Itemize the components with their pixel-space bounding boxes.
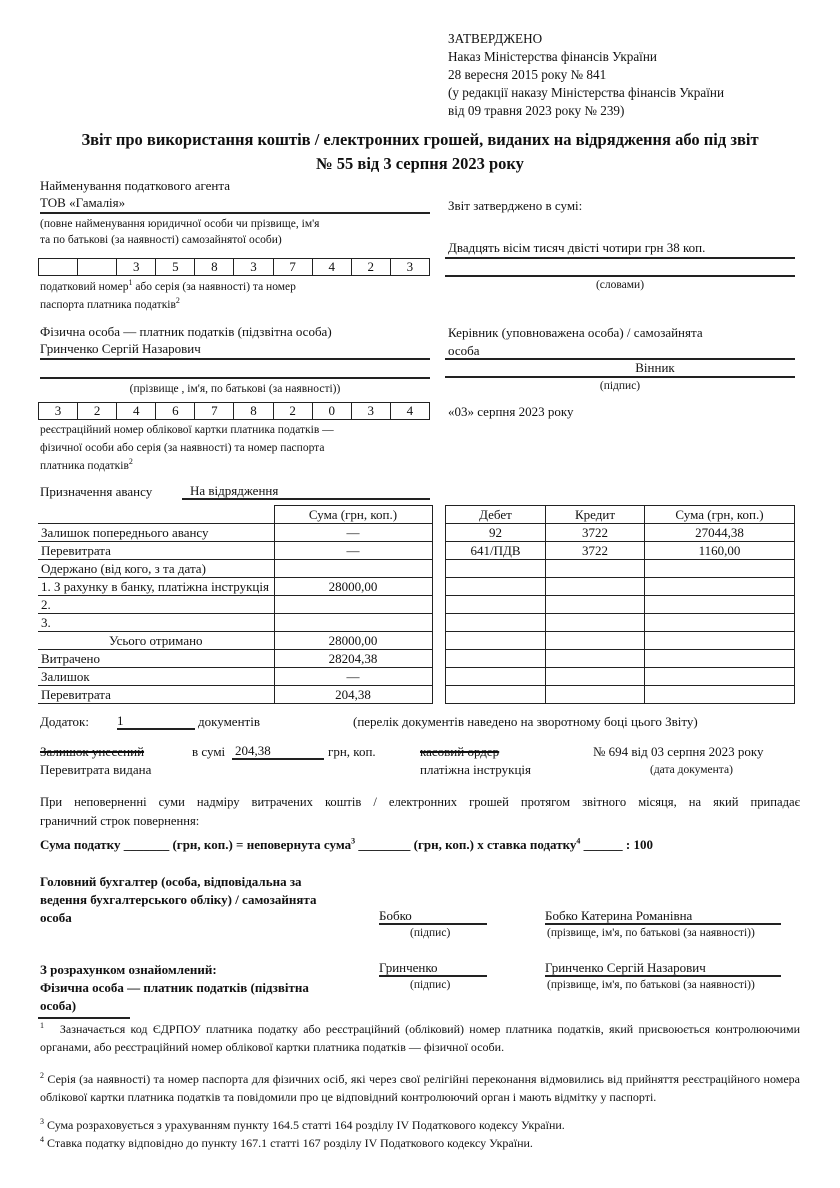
credit-cell[interactable] — [546, 650, 645, 668]
attachment-count-field[interactable]: 1 — [117, 713, 195, 730]
table-row: Одержано (від кого, з та дата) — [38, 560, 432, 578]
hint-line: реєстраційний номер облікової картки пла… — [40, 421, 334, 439]
digit-cell[interactable]: 0 — [312, 403, 351, 419]
label-line: Фізична особа — платник податків (підзві… — [40, 979, 360, 997]
name-hint: (прізвище, ім'я, по батькові (за наявнос… — [547, 926, 755, 941]
table-row: Перевитрата— — [38, 542, 432, 560]
footnote-2: 2 Серія (за наявності) та номер паспорта… — [40, 1070, 800, 1106]
digit-cell[interactable]: 7 — [273, 259, 312, 275]
agent-hint: (повне найменування юридичної особи чи п… — [40, 216, 430, 248]
digit-cell[interactable]: 8 — [194, 259, 233, 275]
debit-cell[interactable]: 641/ПДВ — [446, 542, 546, 560]
approval-line: (у редакції наказу Міністерства фінансів… — [448, 84, 724, 102]
row-label: Перевитрата — [38, 542, 274, 560]
person-name-line2[interactable] — [40, 360, 430, 379]
row-value[interactable]: 204,38 — [274, 686, 432, 704]
person-signature-field[interactable]: Гринченко — [379, 960, 487, 977]
document-title: Звіт про використання коштів / електронн… — [30, 128, 810, 176]
accountant-signature: Бобко — [379, 908, 412, 923]
struck-cash-order: касовий ордер — [420, 744, 499, 761]
payment-instruction-label: платіжна інструкція — [420, 762, 531, 779]
table-row: Залишок попереднього авансу— — [38, 524, 432, 542]
label-line: Головний бухгалтер (особа, відповідальна… — [40, 873, 360, 891]
struck-remainder-deposited: Залишок унесений — [40, 744, 144, 761]
table-row: 92372227044,38 — [446, 524, 795, 542]
table-row — [446, 632, 795, 650]
accountant-signature-field[interactable]: Бобко — [379, 908, 487, 925]
person-name-field[interactable]: Гринченко Сергій Назарович — [40, 341, 430, 360]
row-value[interactable]: 28204,38 — [274, 650, 432, 668]
column-header-sum: Сума (грн, коп.) — [645, 506, 795, 524]
credit-cell[interactable]: 3722 — [546, 542, 645, 560]
row-label: Одержано (від кого, з та дата) — [38, 560, 274, 578]
person-label: Фізична особа — платник податків (підзві… — [40, 324, 430, 341]
row-value[interactable] — [274, 614, 432, 632]
row-label: 3. — [38, 614, 274, 632]
formula-text: Сума податку _______ (грн, коп.) = непов… — [40, 837, 351, 852]
approved-sum-words-field[interactable]: Двадцять вісім тисяч двісті чотири грн 3… — [445, 240, 795, 259]
title-line-1: Звіт про використання коштів / електронн… — [30, 128, 810, 152]
table-header-row: Сума (грн, коп.) — [38, 506, 432, 524]
formula-text: ______ : 100 — [580, 837, 653, 852]
hint-text: паспорта платника податків — [40, 299, 176, 311]
accountant-name-field[interactable]: Бобко Катерина Романівна — [545, 908, 781, 925]
payment-sum-field[interactable]: 204,38 — [232, 743, 324, 760]
person-section: Фізична особа — платник податків (підзві… — [40, 324, 430, 397]
person-signature: Гринченко — [379, 960, 438, 975]
debit-cell[interactable] — [446, 578, 546, 596]
sum-cell[interactable] — [645, 578, 795, 596]
attachment-docs: документів — [198, 714, 260, 731]
manager-signature-field[interactable]: Вінник — [445, 360, 795, 378]
digit-cell[interactable]: 4 — [390, 403, 429, 419]
digit-cell[interactable]: 8 — [233, 403, 272, 419]
attachment-note: (перелік документів наведено на зворотно… — [353, 714, 698, 731]
approved-sum-words: Двадцять вісім тисяч двісті чотири грн 3… — [445, 240, 705, 255]
attachment-count: 1 — [117, 713, 124, 728]
debit-cell[interactable] — [446, 560, 546, 578]
hint-text: або серія (за наявності) та номер — [132, 281, 295, 293]
row-label: 2. — [38, 596, 274, 614]
table-row: Витрачено28204,38 — [38, 650, 432, 668]
table-row: 641/ПДВ37221160,00 — [446, 542, 795, 560]
advance-label: Призначення авансу — [40, 484, 152, 501]
person-name-hint: (прізвище , ім'я, по батькові (за наявно… — [40, 382, 430, 397]
footnote-text: Сума розраховується з урахуванням пункту… — [47, 1118, 565, 1132]
debit-cell[interactable] — [446, 596, 546, 614]
sum-cell[interactable]: 1160,00 — [645, 542, 795, 560]
credit-cell[interactable] — [546, 614, 645, 632]
signature-hint: (підпис) — [410, 926, 450, 941]
row-value[interactable]: — — [274, 542, 432, 560]
digit-cell[interactable]: 3 — [233, 259, 272, 275]
column-header-debit: Дебет — [446, 506, 546, 524]
table-row: 1. З рахунку в банку, платіжна інструкці… — [38, 578, 432, 596]
formula-text: ________ (грн, коп.) х ставка податку — [355, 837, 576, 852]
document-date-hint: (дата документа) — [650, 763, 733, 778]
table-row: 2. — [38, 596, 432, 614]
debit-cell[interactable] — [446, 668, 546, 686]
person-fullname-field[interactable]: Гринченко Сергій Назарович — [545, 960, 781, 977]
digit-cell[interactable] — [39, 259, 77, 275]
advance-summary-table: Сума (грн, коп.) Залишок попереднього ав… — [38, 505, 433, 704]
credit-cell[interactable] — [546, 668, 645, 686]
hint-line: фізичної особи або серія (за наявності) … — [40, 439, 334, 457]
digit-cell[interactable]: 3 — [390, 259, 429, 275]
digit-cell[interactable]: 3 — [116, 259, 155, 275]
digit-cell[interactable]: 7 — [194, 403, 233, 419]
label-line: особа — [40, 909, 360, 927]
tax-number-hint: податковий номер1 або серія (за наявност… — [40, 278, 296, 314]
approved-sum-words-line2[interactable] — [445, 260, 795, 277]
footnote-separator — [38, 1017, 130, 1019]
sum-cell[interactable] — [645, 596, 795, 614]
row-label: Перевитрата — [38, 686, 274, 704]
footnote-1: 1 Зазначається код ЄДРПОУ платника подат… — [40, 1020, 800, 1056]
footnote-number: 1 — [40, 1021, 44, 1030]
hint-line: та по батькові (за наявності) самозайнят… — [40, 232, 430, 248]
paragraph-line: При неповерненні суми надміру витрачених… — [40, 793, 800, 812]
accounting-entries-table: Дебет Кредит Сума (грн, коп.) 9237222704… — [445, 505, 795, 704]
digit-cell[interactable]: 2 — [351, 259, 390, 275]
table-row — [446, 614, 795, 632]
footnote-text: Зазначається код ЄДРПОУ платника податку… — [40, 1022, 800, 1054]
manager-date: «03» серпня 2023 року — [448, 404, 573, 421]
reg-number-hint: реєстраційний номер облікової картки пла… — [40, 421, 334, 475]
accountant-label: Головний бухгалтер (особа, відповідальна… — [40, 873, 360, 927]
hint-line: (повне найменування юридичної особи чи п… — [40, 216, 430, 232]
row-value[interactable]: — — [274, 524, 432, 542]
advance-field[interactable]: На відрядження — [182, 483, 430, 500]
label-line: Керівник (уповноважена особа) / самозайн… — [448, 324, 703, 342]
digit-cell[interactable]: 4 — [116, 403, 155, 419]
approval-line: Наказ Міністерства фінансів України — [448, 48, 724, 66]
footnote-number: 4 — [40, 1135, 44, 1144]
sum-cell[interactable]: 27044,38 — [645, 524, 795, 542]
footnote-text: Серія (за наявності) та номер паспорта д… — [40, 1072, 800, 1104]
digit-cell[interactable] — [77, 259, 116, 275]
table-row — [446, 560, 795, 578]
credit-cell[interactable] — [546, 578, 645, 596]
approval-line: від 09 травня 2023 року № 239) — [448, 102, 724, 120]
signature-hint: (підпис) — [410, 978, 450, 993]
credit-cell[interactable] — [546, 686, 645, 704]
digit-cell[interactable]: 2 — [273, 403, 312, 419]
table-row: Залишок— — [38, 668, 432, 686]
digit-cell[interactable]: 4 — [312, 259, 351, 275]
label-line: З розрахунком ознайомлений: — [40, 961, 360, 979]
label-line: особа) — [40, 997, 360, 1015]
approval-line: 28 вересня 2015 року № 841 — [448, 66, 724, 84]
row-label: Залишок — [38, 668, 274, 686]
unreturned-paragraph: При неповерненні суми надміру витрачених… — [40, 793, 800, 831]
row-label: Усього отримано — [38, 632, 274, 650]
agent-section: Найменування податкового агента ТОВ «Гам… — [40, 178, 430, 248]
sum-label: в сумі — [192, 744, 225, 761]
reg-number-cells[interactable]: 3246782034 — [38, 402, 430, 420]
table-row — [446, 668, 795, 686]
row-value[interactable]: 28000,00 — [274, 632, 432, 650]
row-label: Залишок попереднього авансу — [38, 524, 274, 542]
table-row — [446, 650, 795, 668]
table-row — [446, 686, 795, 704]
manager-label: Керівник (уповноважена особа) / самозайн… — [448, 324, 703, 360]
currency-label: грн, коп. — [328, 744, 376, 761]
approval-stamp: ЗАТВЕРДЖЕНО Наказ Міністерства фінансів … — [448, 30, 724, 120]
debit-cell[interactable] — [446, 632, 546, 650]
manager-signature: Вінник — [565, 360, 674, 375]
sum-cell[interactable] — [645, 668, 795, 686]
advance-value: На відрядження — [182, 483, 278, 498]
table-row — [446, 578, 795, 596]
table-row: Перевитрата204,38 — [38, 686, 432, 704]
acknowledged-label: З розрахунком ознайомлений: Фізична особ… — [40, 961, 360, 1015]
credit-cell[interactable] — [546, 596, 645, 614]
sum-cell[interactable] — [645, 560, 795, 578]
digit-cell[interactable]: 3 — [39, 403, 77, 419]
hint-text: податковий номер — [40, 281, 128, 293]
signature-hint: (підпис) — [445, 379, 795, 394]
words-hint: (словами) — [445, 278, 795, 293]
sum-cell[interactable] — [645, 632, 795, 650]
agent-label: Найменування податкового агента — [40, 178, 430, 195]
footnote-number: 3 — [40, 1117, 44, 1126]
debit-cell[interactable]: 92 — [446, 524, 546, 542]
label-line: ведення бухгалтерського обліку) / самоза… — [40, 891, 360, 909]
overspend-issued-label: Перевитрата видана — [40, 762, 151, 779]
hint-text: платника податків — [40, 460, 129, 472]
sum-cell[interactable] — [645, 614, 795, 632]
accountant-name: Бобко Катерина Романівна — [545, 908, 692, 923]
column-header-credit: Кредит — [546, 506, 645, 524]
footnote-number: 2 — [40, 1071, 44, 1080]
debit-cell[interactable] — [446, 614, 546, 632]
blank-header — [38, 506, 274, 524]
sum-cell[interactable] — [645, 686, 795, 704]
footnote-ref: 2 — [176, 296, 180, 305]
person-name: Гринченко Сергій Назарович — [40, 341, 201, 356]
tax-formula: Сума податку _______ (грн, коп.) = непов… — [40, 837, 653, 854]
credit-cell[interactable] — [546, 632, 645, 650]
row-value[interactable]: 28000,00 — [274, 578, 432, 596]
row-label: 1. З рахунку в банку, платіжна інструкці… — [38, 578, 274, 596]
person-fullname: Гринченко Сергій Назарович — [545, 960, 706, 975]
payment-sum: 204,38 — [232, 743, 271, 758]
digit-cell[interactable]: 3 — [351, 403, 390, 419]
row-label: Витрачено — [38, 650, 274, 668]
tax-number-cells[interactable]: 35837423 — [38, 258, 430, 276]
digit-cell[interactable]: 6 — [155, 403, 194, 419]
table-header-row: Дебет Кредит Сума (грн, коп.) — [446, 506, 795, 524]
footnote-4: 4 Ставка податку відповідно до пункту 16… — [40, 1134, 800, 1152]
column-header: Сума (грн, коп.) — [274, 506, 432, 524]
credit-cell[interactable]: 3722 — [546, 524, 645, 542]
debit-cell[interactable] — [446, 686, 546, 704]
table-row: 3. — [38, 614, 432, 632]
approval-line: ЗАТВЕРДЖЕНО — [448, 30, 724, 48]
footnote-3: 3 Сума розраховується з урахуванням пунк… — [40, 1116, 800, 1134]
table-row — [446, 596, 795, 614]
footnote-ref: 2 — [129, 457, 133, 466]
attachment-label: Додаток: — [40, 714, 89, 731]
title-line-2: № 55 від 3 серпня 2023 року — [30, 152, 810, 176]
row-value[interactable] — [274, 596, 432, 614]
agent-value: ТОВ «Гамалія» — [40, 195, 125, 210]
footnote-text: Ставка податку відповідно до пункту 167.… — [47, 1136, 533, 1150]
sum-cell[interactable] — [645, 650, 795, 668]
paragraph-line: граничний строк повернення: — [40, 812, 800, 831]
row-value[interactable]: — — [274, 668, 432, 686]
debit-cell[interactable] — [446, 650, 546, 668]
digit-cell[interactable]: 2 — [77, 403, 116, 419]
name-hint: (прізвище, ім'я, по батькові (за наявнос… — [547, 978, 755, 993]
document-reference: № 694 від 03 серпня 2023 року — [593, 744, 764, 761]
digit-cell[interactable]: 5 — [155, 259, 194, 275]
table-row: Усього отримано28000,00 — [38, 632, 432, 650]
agent-field[interactable]: ТОВ «Гамалія» — [40, 195, 430, 214]
row-value[interactable] — [274, 560, 432, 578]
approved-sum-label: Звіт затверджено в сумі: — [448, 198, 582, 215]
credit-cell[interactable] — [546, 560, 645, 578]
